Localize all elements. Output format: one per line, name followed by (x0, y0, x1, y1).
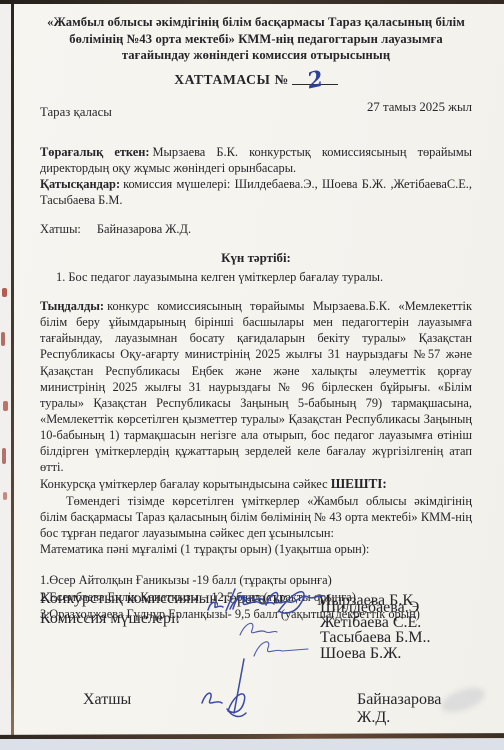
scan-speck (2, 288, 7, 297)
document-body: «Жамбыл облысы әкімдігінің білім басқарм… (40, 14, 472, 623)
agenda-item-1: 1. Бос педагог лауазымына келген үміткер… (56, 269, 472, 285)
protocol-number-handwritten: 2 (306, 73, 324, 88)
document-header: «Жамбыл облысы әкімдігінің білім басқарм… (40, 14, 472, 64)
candidate-row-1: 1.Өсер Айтолқын Ғаникызы -19 балл (тұрақ… (40, 572, 472, 589)
member-name-3: Тасыбаева Б.М.. (320, 630, 431, 645)
decision-label: ШЕШТІ: (331, 476, 387, 491)
attendees-paragraph: Қатысқандар:комиссия мүшелері: Шилдебаев… (40, 176, 472, 208)
participants-block: Төрағалық еткен:Мырзаева Б.К. конкурстық… (40, 144, 472, 209)
secretary-footer-label: Хатшы (83, 691, 131, 709)
scan-speck (1, 332, 5, 346)
secretary-line: Хатшы: Байназарова Ж.Д. (40, 221, 472, 237)
member-name-4: Шоева Б.Ж. (320, 646, 431, 661)
heard-label: Тыңдалды: (40, 299, 104, 313)
scan-left-edge (11, 0, 14, 737)
candidate-row-2: 2.Есембаева Еңлік Қанатқызы – 12,5 балл … (40, 589, 472, 606)
city-label: Тараз қаласы (40, 104, 112, 121)
position-line: Математика пәні мұғалімі (1 тұрақты орын… (40, 541, 472, 557)
scan-speck (3, 401, 8, 411)
city-date-row: Тараз қаласы 27 тамыз 2025 жыл (40, 104, 472, 121)
attendees-label: Қатысқандар: (40, 177, 120, 191)
heard-paragraph: Тыңдалды:конкурс комиссиясының төрайымы … (40, 298, 472, 475)
scanner-background (0, 739, 504, 750)
secretary-label: Хатшы: (40, 221, 81, 237)
heard-text: конкурс комиссиясының төрайымы Мырзаева.… (40, 299, 472, 474)
decision-intro: Конкурсқа үміткерлер бағалау корытындысы… (40, 477, 328, 491)
scan-speck (2, 448, 6, 464)
chaired-label: Төрағалық еткен: (40, 145, 150, 159)
protocol-title-row: ХАТТАМАСЫ №2 (40, 71, 472, 89)
decision-line: Конкурсқа үміткерлер бағалау корытындысы… (40, 475, 472, 492)
scan-left-strip (0, 0, 11, 740)
scanned-protocol-document: «Жамбыл облысы әкімдігінің білім басқарм… (0, 0, 504, 750)
scan-speck (3, 492, 7, 500)
secretary-signature-ink (180, 655, 290, 723)
candidate-list: 1.Өсер Айтолқын Ғаникызы -19 балл (тұрақ… (40, 572, 472, 623)
secretary-name: Байназарова Ж.Д. (97, 221, 191, 237)
date-label: 27 тамыз 2025 жыл (367, 99, 472, 116)
agenda-title: Күн тәртібі: (40, 250, 472, 267)
decision-paragraph: Төмендегі тізімде көрсетілген үміткерлер… (40, 493, 472, 541)
candidate-row-3: 3.Оразходжаева Гүлнұр Ерланқызы- 9,5 бал… (40, 606, 472, 623)
chaired-paragraph: Төрағалық еткен:Мырзаева Б.К. конкурстық… (40, 144, 472, 176)
scan-top-edge (0, 0, 504, 4)
protocol-title: ХАТТАМАСЫ № (174, 72, 289, 87)
protocol-number-underline: 2 (292, 71, 338, 84)
scan-smudge (438, 683, 488, 718)
